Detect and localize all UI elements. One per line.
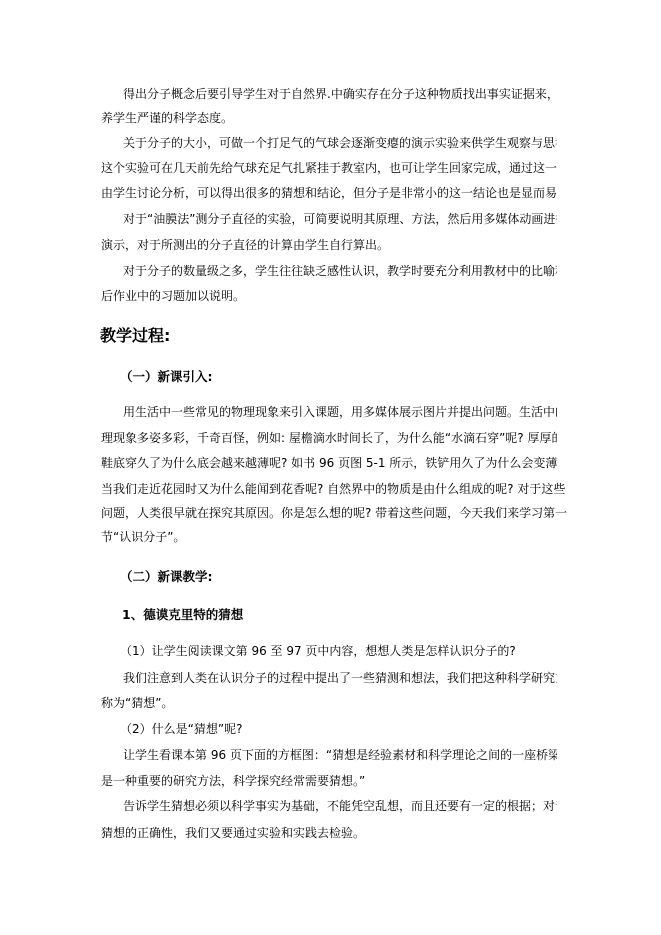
section1-paragraph-line-1: 用生活中一些常见的物理现象来引入课题，用多媒体展示图片并提出问题。生活中的物: [123, 400, 557, 424]
item1-paragraph-3-line-2: 猜想的正确性，我们又要通过实验和实践去检验。: [101, 821, 365, 845]
intro-paragraph-1-line-2: 养学生严谨的科学态度。: [101, 106, 233, 130]
section1-paragraph-line-6: 节“认识分子”。: [101, 525, 185, 549]
section1-paragraph-line-5: 问题，人类很早就在探究其原因。你是怎么想的呢? 带着这些问题，今天我们来学习第一: [101, 501, 567, 525]
intro-paragraph-1-line-1: 得出分子概念后要引导学生对于自然界.中确实存在分子这种物质找出事实证据来，培: [123, 82, 557, 106]
question-1: （1）让学生阅读课文第 96 至 97 页中内容，想想人类是怎样认识分子的?: [120, 639, 516, 663]
intro-paragraph-3-line-1: 对于“油膜法”测分子直径的实验，可简要说明其原理、方法，然后用多媒体动画进行: [123, 207, 557, 231]
intro-paragraph-3-line-2: 演示，对于所测出的分子直径的计算由学生自行算出。: [101, 233, 389, 257]
intro-paragraph-2-line-3: 由学生讨论分析，可以得出很多的猜想和结论，但分子是非常小的这一结论也是显而易见的…: [101, 181, 557, 205]
item-title-democritus-hypothesis: 1、德谟克里特的猜想: [122, 603, 243, 627]
intro-paragraph-2-line-1: 关于分子的大小，可做一个打足气的气球会逐渐变瘪的演示实验来供学生观察与思考，: [123, 131, 557, 155]
document-page: 得出分子概念后要引导学生对于自然界.中确实存在分子这种物质找出事实证据来，培 养…: [0, 0, 661, 935]
intro-paragraph-2-line-2: 这个实验可在几天前先给气球充足气扎紧挂于教室内，也可让学生回家完成，通过这一现象: [101, 156, 557, 180]
subsection-title-new-lesson-teaching: （二）新课教学:: [120, 565, 213, 589]
subsection-title-new-lesson-intro: （一）新课引入:: [120, 365, 213, 389]
section1-paragraph-line-4: 当我们走近花园时又为什么能闻到花香呢? 自然界中的物质是由什么组成的呢? 对于这…: [101, 477, 565, 501]
section1-paragraph-line-3: 鞋底穿久了为什么底会越来越薄呢? 如书 96 页图 5-1 所示，铁铲用久了为什…: [101, 451, 557, 475]
section1-paragraph-line-2: 理现象多姿多彩，千奇百怪，例如: 屋檐滴水时间长了，为什么能“水滴石穿”呢? 厚…: [101, 426, 557, 450]
item1-paragraph-1-line-2: 称为“猜想”。: [101, 691, 173, 715]
item1-paragraph-2-line-2: 是一种重要的研究方法，科学探究经常需要猜想。”: [101, 769, 365, 793]
item1-paragraph-3-line-1: 告诉学生猜想必须以科学事实为基础，不能凭空乱想，而且还要有一定的根据；对于: [123, 794, 557, 818]
intro-paragraph-4-line-2: 后作业中的习题加以说明。: [101, 284, 245, 308]
question-2: （2）什么是“猜想”呢?: [120, 717, 242, 741]
section-heading-teaching-process: 教学过程:: [100, 324, 170, 348]
intro-paragraph-4-line-1: 对于分子的数量级之多，学生往往缺乏感性认识，教学时要充分利用教材中的比喻和课: [123, 259, 557, 283]
item1-paragraph-1-line-1: 我们注意到人类在认识分子的过程中提出了一些猜测和想法，我们把这种科学研究方法: [123, 666, 557, 690]
item1-paragraph-2-line-1: 让学生看课本第 96 页下面的方框图：“猜想是经验素材和科学理论之间的一座桥梁，: [123, 743, 557, 767]
